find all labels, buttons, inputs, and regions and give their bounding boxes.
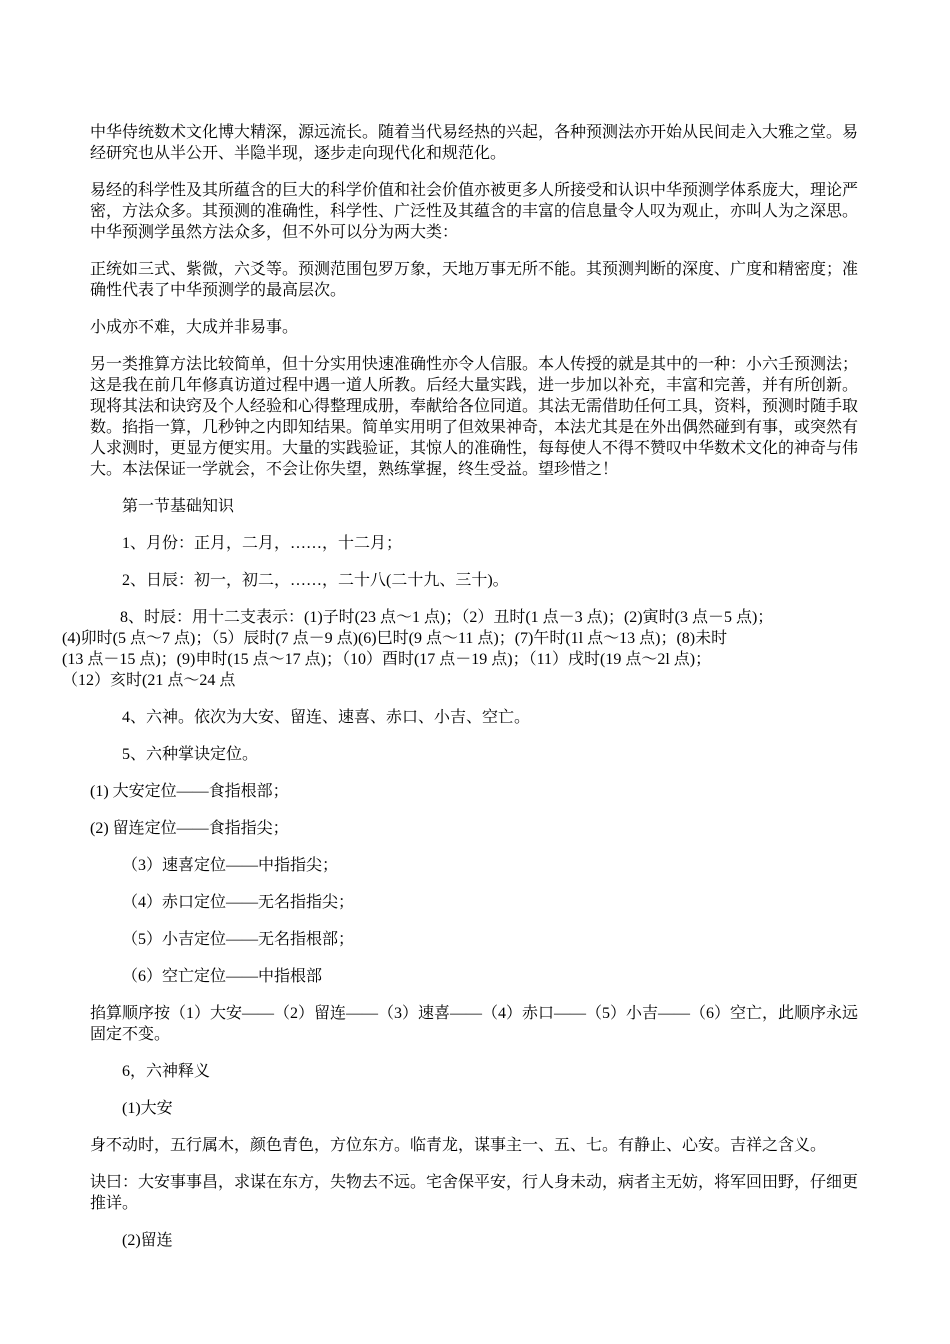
meaning-heading: 6，六神释义 — [90, 1061, 858, 1082]
list-item-six-gods: 4、六神。依次为大安、留连、速喜、赤口、小吉、空亡。 — [90, 707, 858, 728]
document-body: 中华侍统数术文化博大精深，源远流长。随着当代易经热的兴起，各种预测法亦开始从民间… — [0, 0, 950, 1251]
da-an-verse: 诀曰：大安事事昌，求谋在东方，失物去不远。宅舍保平安，行人身未动，病者主无妨，将… — [90, 1172, 858, 1214]
intro-paragraph-4: 小成亦不难，大成并非易事。 — [90, 317, 858, 338]
position-item-4: （4）赤口定位——无名指指尖； — [90, 892, 858, 913]
document-page: { "page": { "background_color": "#ffffff… — [0, 0, 950, 1344]
position-item-5: （5）小吉定位——无名指根部； — [90, 929, 858, 950]
intro-paragraph-1: 中华侍统数术文化博大精深，源远流长。随着当代易经热的兴起，各种预测法亦开始从民间… — [90, 122, 858, 164]
list-item-hours: 8、时辰：用十二支表示：(1)子时(23 点～1 点)；（2）丑时(1 点－3 … — [62, 607, 858, 691]
intro-paragraph-3: 正统如三式、紫微，六爻等。预测范围包罗万象，天地万事无所不能。其预测判断的深度、… — [90, 259, 858, 301]
da-an-heading: (1)大安 — [90, 1098, 858, 1119]
position-item-2: (2) 留连定位——食指指尖； — [90, 818, 858, 839]
liu-lian-heading: (2)留连 — [90, 1230, 858, 1251]
section-heading: 第一节基础知识 — [90, 496, 858, 517]
position-item-3: （3）速喜定位——中指指尖； — [90, 855, 858, 876]
order-paragraph: 掐算顺序按（1）大安——（2）留连——（3）速喜——（4）赤口——（5）小吉——… — [90, 1003, 858, 1045]
position-item-6: （6）空亡定位——中指根部 — [90, 966, 858, 987]
intro-paragraph-5: 另一类推算方法比较简单，但十分实用快速准确性亦令人信服。本人传授的就是其中的一种… — [90, 354, 858, 480]
list-item-month: 1、月份：正月，二月，……，十二月； — [90, 533, 858, 554]
position-item-1: (1) 大安定位——食指根部； — [90, 781, 858, 802]
list-item-palm-positions: 5、六种掌诀定位。 — [90, 744, 858, 765]
list-item-day: 2、日辰：初一，初二，……，二十八(二十九、三十)。 — [90, 570, 858, 591]
intro-paragraph-2: 易经的科学性及其所蕴含的巨大的科学价值和社会价值亦被更多人所接受和认识中华预测学… — [90, 180, 858, 243]
da-an-body: 身不动时，五行属木，颜色青色，方位东方。临青龙，谋事主一、五、七。有静止、心安。… — [90, 1135, 858, 1156]
